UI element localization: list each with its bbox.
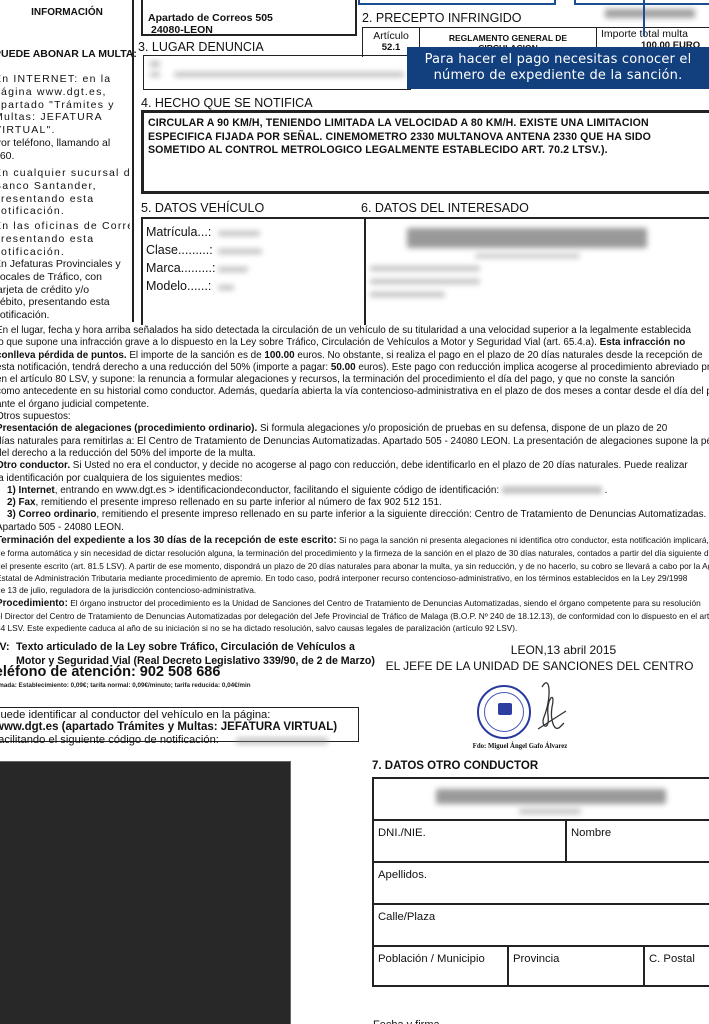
body-line: días naturales para remitirlas a: El Cen… (0, 436, 709, 448)
body-line: del presente escrito (art. 81.5 LSV). A … (0, 560, 709, 572)
body-line: Otro conductor. Si Usted no era el condu… (0, 460, 709, 472)
poblacion-field[interactable]: Población / Municipio (374, 947, 509, 987)
body-line: de 13 de julio, reguladora de la jurisdi… (0, 584, 709, 596)
body-line: conlleva pérdida de puntos. El importe d… (0, 350, 709, 362)
redacted-notification-code (236, 738, 328, 744)
dni-nombre-row: DNI./NIE. Nombre (374, 821, 709, 863)
redacted-clase (218, 249, 262, 254)
section-3-title: 3. LUGAR DENUNCIA (138, 40, 264, 54)
body-line: como antecedente en su historial como co… (0, 386, 709, 398)
highlight-box-expediente (358, 0, 556, 5)
calle-field[interactable]: Calle/Plaza (374, 905, 709, 945)
body-line: 84 LSV. Este expediente caduca al año de… (0, 622, 709, 634)
ident-line-3: facilitando el siguiente código de notif… (0, 734, 219, 746)
section-6-title: 6. DATOS DEL INTERESADO (361, 201, 529, 215)
address-line-1: Apartado de Correos 505 (148, 12, 273, 24)
notification-body: En el lugar, fecha y hora arriba señalad… (0, 325, 709, 634)
section-5-title: 5. DATOS VEHÍCULO (141, 201, 264, 215)
place-date: LEON,13 abril 2015 (360, 643, 709, 657)
ident-line-1: Puede identificar al conductor del vehíc… (0, 709, 270, 721)
redacted-address-2 (370, 279, 480, 284)
hecho-notificado-box: CIRCULAR A 90 KM/H, TENIENDO LIMITADA LA… (141, 110, 709, 194)
pay-title: PUEDE ABONAR LA MULTA: (0, 48, 134, 60)
address-line-2: 24080-LEON (151, 24, 213, 36)
redacted-code (502, 486, 602, 494)
dni-field[interactable]: DNI./NIE. (374, 821, 567, 861)
section-4-title: 4. HECHO QUE SE NOTIFICA (141, 96, 313, 110)
articulo-label: Artículo (363, 28, 419, 42)
payment-method-item: Por teléfono, llamando al060. (0, 137, 130, 163)
redacted-marca (218, 267, 248, 272)
body-line: Apartado 505 - 24080 LEON. (0, 522, 709, 534)
body-line: Otros supuestos: (0, 411, 709, 423)
fecha-firma-label: Fecha y firma (373, 1019, 440, 1024)
apellidos-row: Apellidos. (374, 863, 709, 905)
header-row (374, 779, 709, 821)
clase-label: Clase.........: (146, 243, 213, 257)
body-line: Terminación del expediente a los 30 días… (0, 534, 709, 547)
matricula-label: Matrícula...: (146, 225, 211, 239)
callout-pointer-line (643, 0, 645, 36)
crest-icon (498, 703, 512, 715)
reglamento-label: REGLAMENTO GENERAL DE (449, 33, 567, 43)
callout-line-2: número de expediente de la sanción. (407, 68, 709, 84)
divider (364, 217, 366, 325)
signed-by: Fdo: Miguel Ángel Gafo Álvarez (440, 743, 600, 750)
redacted-address-3 (370, 292, 445, 297)
section-7-title: 7. DATOS OTRO CONDUCTOR (372, 760, 538, 772)
redacted-interesado-name (407, 228, 647, 248)
redacted-text (150, 61, 160, 67)
body-line: ante el órgano judicial competente. (0, 399, 709, 411)
body-line: 1) Internet, entrando en www.dgt.es > id… (0, 485, 709, 497)
redacted-id (519, 809, 581, 814)
body-line: el Director del Centro de Tratamiento de… (0, 610, 709, 622)
lugar-denuncia-box (143, 55, 411, 90)
body-line: Procedimiento: El órgano instructor del … (0, 597, 709, 610)
redacted-address-1 (370, 266, 480, 271)
body-line: 3) Correo ordinario, remitiendo el prese… (0, 509, 709, 521)
highlight-box-number (574, 0, 709, 5)
signature-icon (530, 677, 570, 742)
law-abbrev: LSV: (0, 641, 10, 655)
payment-method-item: En cualquier sucursal delBanco Santander… (0, 167, 130, 218)
body-line: la identificación por cualquiera de los … (0, 473, 709, 485)
payment-method-item: En las oficinas de Correos,presentando e… (0, 220, 130, 258)
redacted-text (150, 72, 160, 77)
callout-line-1: Para hacer el pago necesitas conocer el (407, 52, 709, 68)
phone-number: Teléfono de atención: 902 508 686 (0, 664, 220, 680)
nombre-field[interactable]: Nombre (567, 821, 709, 861)
cpostal-field[interactable]: C. Postal (645, 947, 709, 987)
info-title: INFORMACIÓN (0, 7, 134, 18)
redacted-area (0, 761, 291, 1024)
otro-conductor-form: DNI./NIE. Nombre Apellidos. Calle/Plaza … (372, 777, 709, 987)
hecho-line-1: CIRCULAR A 90 KM/H, TENIENDO LIMITADA LA… (148, 117, 709, 131)
marca-label: Marca.........: (146, 261, 215, 275)
body-line: esta notificación, tendrá derecho a una … (0, 362, 709, 374)
redacted-name (436, 789, 666, 804)
provincia-field[interactable]: Provincia (509, 947, 645, 987)
redacted-expediente-number (605, 9, 695, 18)
hecho-line-3: SOMETIDO AL CONTROL METROLOGICO LEGALMEN… (148, 144, 709, 158)
body-line: Presentación de alegaciones (procedimien… (0, 423, 709, 435)
body-line: 2) Fax, remitiendo el presente impreso r… (0, 497, 709, 509)
body-line: del derecho a la reducción del 50% del i… (0, 448, 709, 460)
body-line: lo que supone una infracción grave a lo … (0, 337, 709, 349)
body-line: en el artículo 80 LSV, y supone: la renu… (0, 374, 709, 386)
ident-line-2: www.dgt.es (apartado Trámites y Multas: … (0, 721, 337, 733)
hecho-line-2: ESPECIFICA FIJADA POR SEÑAL. CINEMOMETRO… (148, 131, 709, 145)
redacted-matricula (218, 231, 260, 236)
redacted-interesado-id (475, 254, 580, 258)
phone-rates: Coste llamada: Establecimiento: 0,09€; t… (0, 682, 251, 689)
calle-row: Calle/Plaza (374, 905, 709, 947)
body-line: de forma automática y sin necesidad de d… (0, 547, 709, 559)
body-line: Estatal de Administración Tributaria med… (0, 572, 709, 584)
section-2-title: 2. PRECEPTO INFRINGIDO (362, 11, 522, 25)
redacted-text (174, 72, 404, 77)
redacted-modelo (218, 285, 234, 290)
modelo-label: Modelo......: (146, 279, 211, 293)
body-line: En el lugar, fecha y hora arriba señalad… (0, 325, 709, 337)
payment-method-item: En INTERNET: en lapágina www.dgt.es,apar… (0, 73, 130, 137)
official-stamp-icon (477, 685, 531, 739)
poblacion-row: Población / Municipio Provincia C. Posta… (374, 947, 709, 987)
apellidos-field[interactable]: Apellidos. (374, 863, 709, 903)
signer-title: EL JEFE DE LA UNIDAD DE SANCIONES DEL CE… (360, 659, 709, 673)
payment-info-callout: Para hacer el pago necesitas conocer el … (407, 47, 709, 89)
payment-method-item: En Jefaturas Provinciales yLocales de Tr… (0, 258, 130, 322)
